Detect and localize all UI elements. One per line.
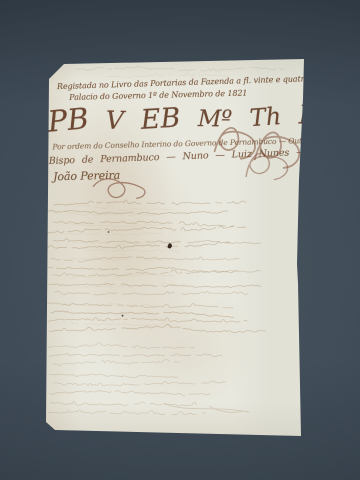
ink-speck [122,315,124,317]
signature-line: João Pereira [53,169,120,184]
photo-backdrop: Registada no Livro das Portarias da Faze… [0,0,360,480]
rubric-initial: Th [249,102,283,132]
ink-layer: Registada no Livro das Portarias da Faze… [44,53,312,437]
ink-speck [107,231,109,233]
rubric-initial: Mº [198,106,233,132]
annotation-line-1: Por ordem do Conselho Interino do Govern… [52,135,351,151]
heading-line-1: Registada no Livro das Portarias da Faze… [57,74,309,91]
rubric-initial: PB [46,101,90,139]
ink-speck [167,243,173,249]
rubric-signature-row: PB V EB Mº Th MA [47,96,353,137]
rubric-initial: V [105,106,124,135]
rubric-initial: MA [298,101,344,131]
rubric-initial: EB [140,103,181,136]
manuscript-paper: Registada no Livro das Portarias da Faze… [45,59,304,437]
